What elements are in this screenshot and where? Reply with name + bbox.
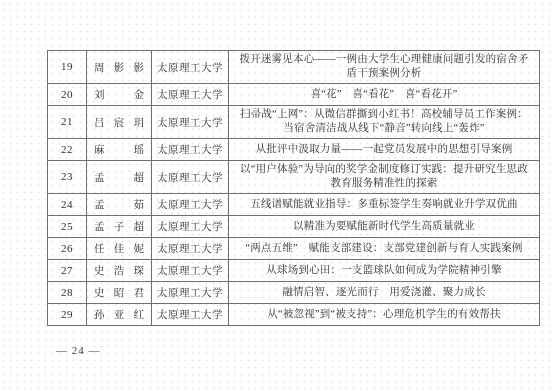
table-row: 20 刘金 太原理工大学 喜“花” 喜“看花” 喜“看花开”	[48, 84, 540, 106]
case-number-cell: 20	[48, 84, 87, 106]
table-row: 23 孟超 太原理工大学 以“用户体验”为导向的奖学金制度修订实践：提升研究生思…	[48, 161, 540, 194]
person-name-cell: 孟茹	[87, 194, 152, 216]
case-table-body: 19 周影影 太原理工大学 拨开迷雾见本心——一例由大学生心理健康问题引发的宿舍…	[48, 51, 540, 326]
person-name: 吕宸玥	[94, 115, 144, 130]
university-cell: 太原理工大学	[152, 304, 229, 326]
person-name: 史昭君	[94, 285, 144, 300]
case-title-cell: 拨开迷雾见本心——一例由大学生心理健康问题引发的宿舍矛盾干预案例分析	[229, 51, 540, 84]
university-cell: 太原理工大学	[152, 51, 229, 84]
person-name-cell: 任佳妮	[87, 238, 152, 260]
case-number-cell: 24	[48, 194, 87, 216]
table-row: 24 孟茹 太原理工大学 五线谱赋能就业指导：多重标签学生奏响就业升学双优曲	[48, 194, 540, 216]
case-title-cell: “两点五维” 赋能支部建设：支部党建创新与育人实践案例	[229, 238, 540, 260]
case-title-cell: 从批评中汲取力量——一起党员发展中的思想引导案例	[229, 139, 540, 161]
case-title-cell: 喜“花” 喜“看花” 喜“看花开”	[229, 84, 540, 106]
university-cell: 太原理工大学	[152, 238, 229, 260]
person-name-cell: 麻瑶	[87, 139, 152, 161]
case-number-cell: 25	[48, 216, 87, 238]
person-name-cell: 史浩琛	[87, 260, 152, 282]
table-row: 27 史浩琛 太原理工大学 从球场到心田：一支篮球队如何成为学院精神引擎	[48, 260, 540, 282]
person-name: 孟茹	[94, 197, 144, 212]
case-title-cell: 从“被忽视”到“被支持”：心理危机学生的有效帮扶	[229, 304, 540, 326]
person-name: 刘金	[94, 87, 144, 102]
person-name-cell: 周影影	[87, 51, 152, 84]
case-title-cell: 以“用户体验”为导向的奖学金制度修订实践：提升研究生思政教育服务精准性的探索	[229, 161, 540, 194]
case-number-cell: 19	[48, 51, 87, 84]
person-name-cell: 史昭君	[87, 282, 152, 304]
table-row: 22 麻瑶 太原理工大学 从批评中汲取力量——一起党员发展中的思想引导案例	[48, 139, 540, 161]
university-cell: 太原理工大学	[152, 84, 229, 106]
case-number-cell: 28	[48, 282, 87, 304]
university-cell: 太原理工大学	[152, 282, 229, 304]
university-cell: 太原理工大学	[152, 106, 229, 139]
university-cell: 太原理工大学	[152, 194, 229, 216]
case-number-cell: 29	[48, 304, 87, 326]
person-name: 周影影	[94, 60, 144, 75]
case-number-cell: 21	[48, 106, 87, 139]
case-title-cell: 融情启智、逐光而行 用爱浇灌、聚力成长	[229, 282, 540, 304]
university-cell: 太原理工大学	[152, 216, 229, 238]
table-row: 29 孙亚红 太原理工大学 从“被忽视”到“被支持”：心理危机学生的有效帮扶	[48, 304, 540, 326]
case-title-cell: 从球场到心田：一支篮球队如何成为学院精神引擎	[229, 260, 540, 282]
table-row: 26 任佳妮 太原理工大学 “两点五维” 赋能支部建设：支部党建创新与育人实践案…	[48, 238, 540, 260]
table-row: 28 史昭君 太原理工大学 融情启智、逐光而行 用爱浇灌、聚力成长	[48, 282, 540, 304]
case-title-cell: 五线谱赋能就业指导：多重标签学生奏响就业升学双优曲	[229, 194, 540, 216]
page-number: — 24 —	[56, 345, 101, 357]
case-number-cell: 27	[48, 260, 87, 282]
person-name: 孟子超	[94, 219, 144, 234]
person-name: 麻瑶	[94, 142, 144, 157]
person-name: 任佳妮	[94, 241, 144, 256]
person-name: 孙亚红	[94, 307, 144, 322]
table-row: 25 孟子超 太原理工大学 以精准为要赋能新时代学生高质量就业	[48, 216, 540, 238]
case-list-table: 19 周影影 太原理工大学 拨开迷雾见本心——一例由大学生心理健康问题引发的宿舍…	[47, 50, 540, 326]
table-row: 21 吕宸玥 太原理工大学 扫帚战“上网”：从微信群撕到小红书！高校辅导员工作案…	[48, 106, 540, 139]
person-name-cell: 孟超	[87, 161, 152, 194]
university-cell: 太原理工大学	[152, 161, 229, 194]
person-name-cell: 孟子超	[87, 216, 152, 238]
university-cell: 太原理工大学	[152, 260, 229, 282]
person-name-cell: 吕宸玥	[87, 106, 152, 139]
person-name-cell: 刘金	[87, 84, 152, 106]
case-number-cell: 26	[48, 238, 87, 260]
person-name-cell: 孙亚红	[87, 304, 152, 326]
university-cell: 太原理工大学	[152, 139, 229, 161]
person-name: 孟超	[94, 170, 144, 185]
table-row: 19 周影影 太原理工大学 拨开迷雾见本心——一例由大学生心理健康问题引发的宿舍…	[48, 51, 540, 84]
case-title-cell: 扫帚战“上网”：从微信群撕到小红书！高校辅导员工作案例：当宿舍清洁战从线下“静音…	[229, 106, 540, 139]
case-title-cell: 以精准为要赋能新时代学生高质量就业	[229, 216, 540, 238]
case-number-cell: 22	[48, 139, 87, 161]
case-number-cell: 23	[48, 161, 87, 194]
person-name: 史浩琛	[94, 263, 144, 278]
document-page: { "page": { "number_label": "— 24 —" }, …	[0, 0, 553, 391]
